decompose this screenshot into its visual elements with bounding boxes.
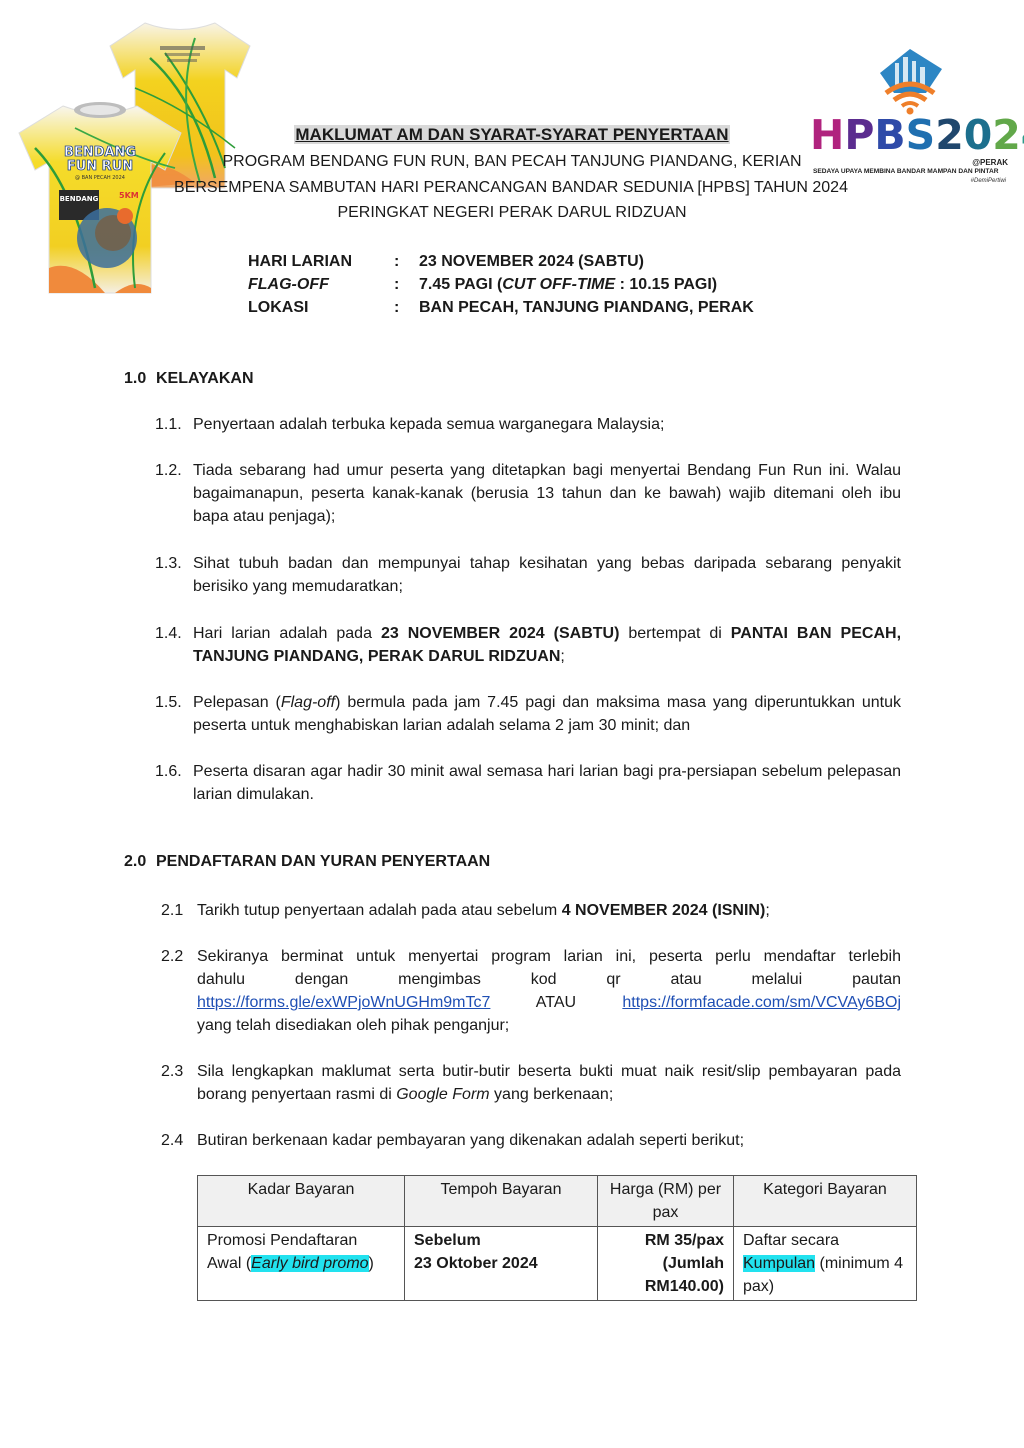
list-item: 2.2 Sekiranya berminat untuk menyertai p… (161, 945, 901, 1037)
list-item: 2.3 Sila lengkapkan maklumat serta butir… (161, 1060, 901, 1106)
list-item: 1.6. Peserta disaran agar hadir 30 minit… (155, 760, 901, 806)
title-text: MAKLUMAT AM DAN SYARAT-SYARAT PENYERTAAN (294, 125, 729, 144)
cell-harga: RM 35/pax(JumlahRM140.00) (598, 1227, 734, 1301)
value-text: 7.45 PAGI ( (419, 276, 502, 293)
text-run-bold: 4 NOVEMBER 2024 (ISNIN) (562, 902, 766, 919)
list-item: 1.5. Pelepasan (Flag-off) bermula pada j… (155, 691, 901, 737)
info-label: HARI LARIAN (248, 253, 352, 271)
list-item: 1.2. Tiada sebarang had umur peserta yan… (155, 459, 901, 528)
info-colon: : (394, 299, 399, 317)
text-run: RM 35/pax (645, 1232, 724, 1249)
text-line: yang telah disediakan oleh pihak penganj… (197, 1014, 901, 1037)
item-number: 1.2. (155, 459, 182, 482)
item-text: Hari larian adalah pada 23 NOVEMBER 2024… (193, 622, 901, 668)
section-1-heading: 1.0KELAYAKAN (124, 370, 254, 388)
item-number: 2.4 (161, 1129, 183, 1152)
table-row: Promosi Pendaftaran Awal (Early bird pro… (198, 1227, 917, 1301)
highlighted-text: Early bird promo (251, 1255, 368, 1272)
city-wifi-icon (870, 45, 950, 115)
event-info: HARI LARIAN : 23 NOVEMBER 2024 (SABTU) F… (248, 253, 808, 322)
info-value: 23 NOVEMBER 2024 (SABTU) (419, 253, 644, 271)
text-run: bertempat di (619, 625, 730, 642)
item-text: Tiada sebarang had umur peserta yang dit… (193, 459, 901, 528)
info-colon: : (394, 276, 399, 294)
text-run-bold: Sebelum (414, 1232, 481, 1249)
item-text: Butiran berkenaan kadar pembayaran yang … (197, 1129, 901, 1152)
text-run: Pelepasan ( (193, 694, 281, 711)
text-run: yang berkenaan; (490, 1086, 614, 1103)
value-text: CUT OFF-TIME (502, 276, 615, 293)
cell-kadar: Promosi Pendaftaran Awal (Early bird pro… (198, 1227, 405, 1301)
list-item: 1.4. Hari larian adalah pada 23 NOVEMBER… (155, 622, 901, 668)
item-number: 2.3 (161, 1060, 183, 1083)
info-colon: : (394, 253, 399, 271)
info-value: BAN PECAH, TANJUNG PIANDANG, PERAK (419, 299, 754, 317)
text-run-italic: Flag-off (281, 694, 335, 711)
highlighted-text: Kumpulan (743, 1255, 815, 1272)
info-label: LOKASI (248, 299, 308, 317)
item-number: 1.3. (155, 552, 182, 575)
document-page: BENDANG FUN RUN @ BAN PECAH 2024 BENDANG… (0, 0, 1024, 1448)
section-2-heading: 2.0PENDAFTARAN DAN YURAN PENYERTAAN (124, 853, 490, 871)
item-text: Sekiranya berminat untuk menyertai progr… (197, 945, 901, 1037)
info-row-flag-off: FLAG-OFF : 7.45 PAGI (CUT OFF-TIME : 10.… (248, 276, 808, 299)
text-run-italic: Google Form (396, 1086, 489, 1103)
item-text: Penyertaan adalah terbuka kepada semua w… (193, 413, 901, 436)
text-run: RM140.00) (645, 1278, 724, 1295)
text-run: ATAU (536, 994, 576, 1011)
text-run: ; (560, 648, 564, 665)
column-header: Kadar Bayaran (198, 1176, 405, 1227)
list-item: 1.1. Penyertaan adalah terbuka kepada se… (155, 413, 901, 436)
text-line: dahulu dengan mengimbas kod qr atau mela… (197, 968, 901, 991)
section-number: 1.0 (124, 370, 156, 388)
info-label: FLAG-OFF (248, 276, 329, 294)
subtitle-line-2: BERSEMPENA SAMBUTAN HARI PERANCANGAN BAN… (0, 179, 1023, 197)
fee-table: Kadar Bayaran Tempoh Bayaran Harga (RM) … (197, 1175, 917, 1301)
item-text: Peserta disaran agar hadir 30 minit awal… (193, 760, 901, 806)
info-row-race-day: HARI LARIAN : 23 NOVEMBER 2024 (SABTU) (248, 253, 808, 276)
item-number: 1.5. (155, 691, 182, 714)
column-header: Harga (RM) per pax (598, 1176, 734, 1227)
text-run: ) (369, 1255, 374, 1272)
document-title: MAKLUMAT AM DAN SYARAT-SYARAT PENYERTAAN (0, 125, 1024, 145)
item-number: 2.1 (161, 899, 183, 922)
section-number: 2.0 (124, 853, 156, 871)
subtitle-line-3: PERINGKAT NEGERI PERAK DARUL RIDZUAN (0, 204, 1024, 222)
item-number: 1.6. (155, 760, 182, 783)
section-title: PENDAFTARAN DAN YURAN PENYERTAAN (156, 853, 490, 870)
cell-kategori: Daftar secara Kumpulan (minimum 4 pax) (734, 1227, 917, 1301)
list-item: 2.1 Tarikh tutup penyertaan adalah pada … (161, 899, 901, 922)
text-line: Sekiranya berminat untuk menyertai progr… (197, 945, 901, 968)
item-text: Sila lengkapkan maklumat serta butir-but… (197, 1060, 901, 1106)
subtitle-line-1: PROGRAM BENDANG FUN RUN, BAN PECAH TANJU… (0, 153, 1024, 171)
section-title: KELAYAKAN (156, 370, 254, 387)
info-value: 7.45 PAGI (CUT OFF-TIME : 10.15 PAGI) (419, 276, 717, 294)
text-run: Daftar secara (743, 1232, 839, 1249)
info-row-location: LOKASI : BAN PECAH, TANJUNG PIANDANG, PE… (248, 299, 808, 322)
formfacade-link[interactable]: https://formfacade.com/sm/VCVAy6BOj (622, 994, 901, 1011)
item-number: 1.4. (155, 622, 182, 645)
text-run: Tarikh tutup penyertaan adalah pada atau… (197, 902, 562, 919)
value-text: : 10.15 PAGI) (615, 276, 717, 293)
item-number: 1.1. (155, 413, 182, 436)
cell-tempoh: Sebelum23 Oktober 2024 (405, 1227, 598, 1301)
text-run-bold: 23 Oktober 2024 (414, 1255, 538, 1272)
item-text: Pelepasan (Flag-off) bermula pada jam 7.… (193, 691, 901, 737)
table-header-row: Kadar Bayaran Tempoh Bayaran Harga (RM) … (198, 1176, 917, 1227)
google-form-link[interactable]: https://forms.gle/exWPjoWnUGHm9mTc7 (197, 994, 490, 1011)
item-text: Tarikh tutup penyertaan adalah pada atau… (197, 899, 901, 922)
text-line: https://forms.gle/exWPjoWnUGHm9mTc7 ATAU… (197, 991, 901, 1014)
list-item: 1.3. Sihat tubuh badan dan mempunyai tah… (155, 552, 901, 598)
text-run: (Jumlah (663, 1255, 724, 1272)
text-run-bold: 23 NOVEMBER 2024 (SABTU) (381, 625, 619, 642)
text-run: ; (765, 902, 769, 919)
column-header: Tempoh Bayaran (405, 1176, 598, 1227)
column-header: Kategori Bayaran (734, 1176, 917, 1227)
item-text: Sihat tubuh badan dan mempunyai tahap ke… (193, 552, 901, 598)
item-number: 2.2 (161, 945, 183, 968)
text-run: Hari larian adalah pada (193, 625, 381, 642)
list-item: 2.4 Butiran berkenaan kadar pembayaran y… (161, 1129, 901, 1152)
